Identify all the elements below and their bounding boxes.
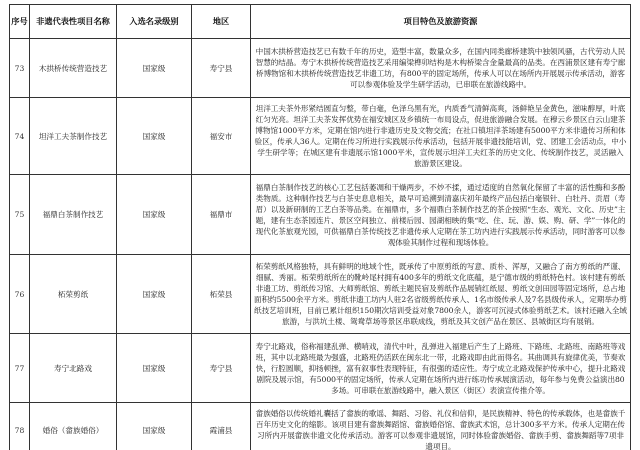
project-name: 坦洋工夫茶制作技艺 bbox=[30, 98, 117, 175]
region: 寿宁县 bbox=[192, 39, 251, 98]
table-row: 73 木拱桥传统营造技艺 国家级 寿宁县 中国木拱桥营造技艺已有数千年的历史，造… bbox=[10, 39, 631, 98]
row-number: 74 bbox=[10, 98, 30, 175]
heritage-table: 序号 非遗代表性项目名称 入选名录级别 地区 项目特色及旅游资源 73 木拱桥传… bbox=[9, 4, 631, 450]
row-number: 76 bbox=[10, 255, 30, 334]
list-level: 国家级 bbox=[117, 175, 192, 255]
region: 柘荣县 bbox=[192, 255, 251, 334]
table-row: 76 柘荣剪纸 国家级 柘荣县 柘荣剪纸风格独特，具有鲜明的地域个性，既承传了中… bbox=[10, 255, 631, 334]
list-level: 国家级 bbox=[117, 39, 192, 98]
table-row: 75 福鼎白茶制作技艺 国家级 福鼎市 福鼎白茶制作技艺的核心工艺包括萎凋和干燥… bbox=[10, 175, 631, 255]
region: 福鼎市 bbox=[192, 175, 251, 255]
project-name: 柘荣剪纸 bbox=[30, 255, 117, 334]
table-row: 78 婚俗（畲族婚俗） 国家级 霞浦县 畲族婚俗以传统婚礼囊括了畲族的歌谣、舞蹈… bbox=[10, 403, 631, 450]
row-number: 73 bbox=[10, 39, 30, 98]
list-level: 国家级 bbox=[117, 255, 192, 334]
header-desc: 项目特色及旅游资源 bbox=[251, 5, 631, 39]
project-description: 柘荣剪纸风格独特，具有鲜明的地域个性，既承传了中原剪纸的写意、质朴、浑厚，又融合… bbox=[251, 255, 631, 334]
header-region: 地区 bbox=[192, 5, 251, 39]
project-description: 畲族婚俗以传统婚礼囊括了畲族的歌谣、舞蹈、习俗、礼仪和信仰，是民族精神、特色的传… bbox=[251, 403, 631, 450]
region: 霞浦县 bbox=[192, 403, 251, 450]
region: 寿宁县 bbox=[192, 334, 251, 403]
project-name: 婚俗（畲族婚俗） bbox=[30, 403, 117, 450]
list-level: 国家级 bbox=[117, 334, 192, 403]
header-name: 非遗代表性项目名称 bbox=[30, 5, 117, 39]
row-number: 78 bbox=[10, 403, 30, 450]
project-name: 寿宁北路戏 bbox=[30, 334, 117, 403]
project-name: 木拱桥传统营造技艺 bbox=[30, 39, 117, 98]
project-description: 坦洋工夫茶外形紧结圆直匀整，带白毫，色泽乌黑有光，内质香气清鲜高爽，汤鲜艳呈金黄… bbox=[251, 98, 631, 175]
table-row: 74 坦洋工夫茶制作技艺 国家级 福安市 坦洋工夫茶外形紧结圆直匀整，带白毫，色… bbox=[10, 98, 631, 175]
header-num: 序号 bbox=[10, 5, 30, 39]
row-number: 75 bbox=[10, 175, 30, 255]
project-description: 福鼎白茶制作技艺的核心工艺包括萎凋和干燥两步，不炒不揉，通过适度的自然氧化保留了… bbox=[251, 175, 631, 255]
project-description: 寿宁北路戏，俗称福建乱弹、横哨戏，清代中叶，乱弹进入福建后产生了上路班、下路班、… bbox=[251, 334, 631, 403]
header-level: 入选名录级别 bbox=[117, 5, 192, 39]
list-level: 国家级 bbox=[117, 98, 192, 175]
region: 福安市 bbox=[192, 98, 251, 175]
list-level: 国家级 bbox=[117, 403, 192, 450]
row-number: 77 bbox=[10, 334, 30, 403]
table-row: 77 寿宁北路戏 国家级 寿宁县 寿宁北路戏，俗称福建乱弹、横哨戏，清代中叶，乱… bbox=[10, 334, 631, 403]
table-header-row: 序号 非遗代表性项目名称 入选名录级别 地区 项目特色及旅游资源 bbox=[10, 5, 631, 39]
project-description: 中国木拱桥营造技艺已有数千年的历史，造型丰富，数量众多，在国内同类廊桥建筑中独领… bbox=[251, 39, 631, 98]
project-name: 福鼎白茶制作技艺 bbox=[30, 175, 117, 255]
